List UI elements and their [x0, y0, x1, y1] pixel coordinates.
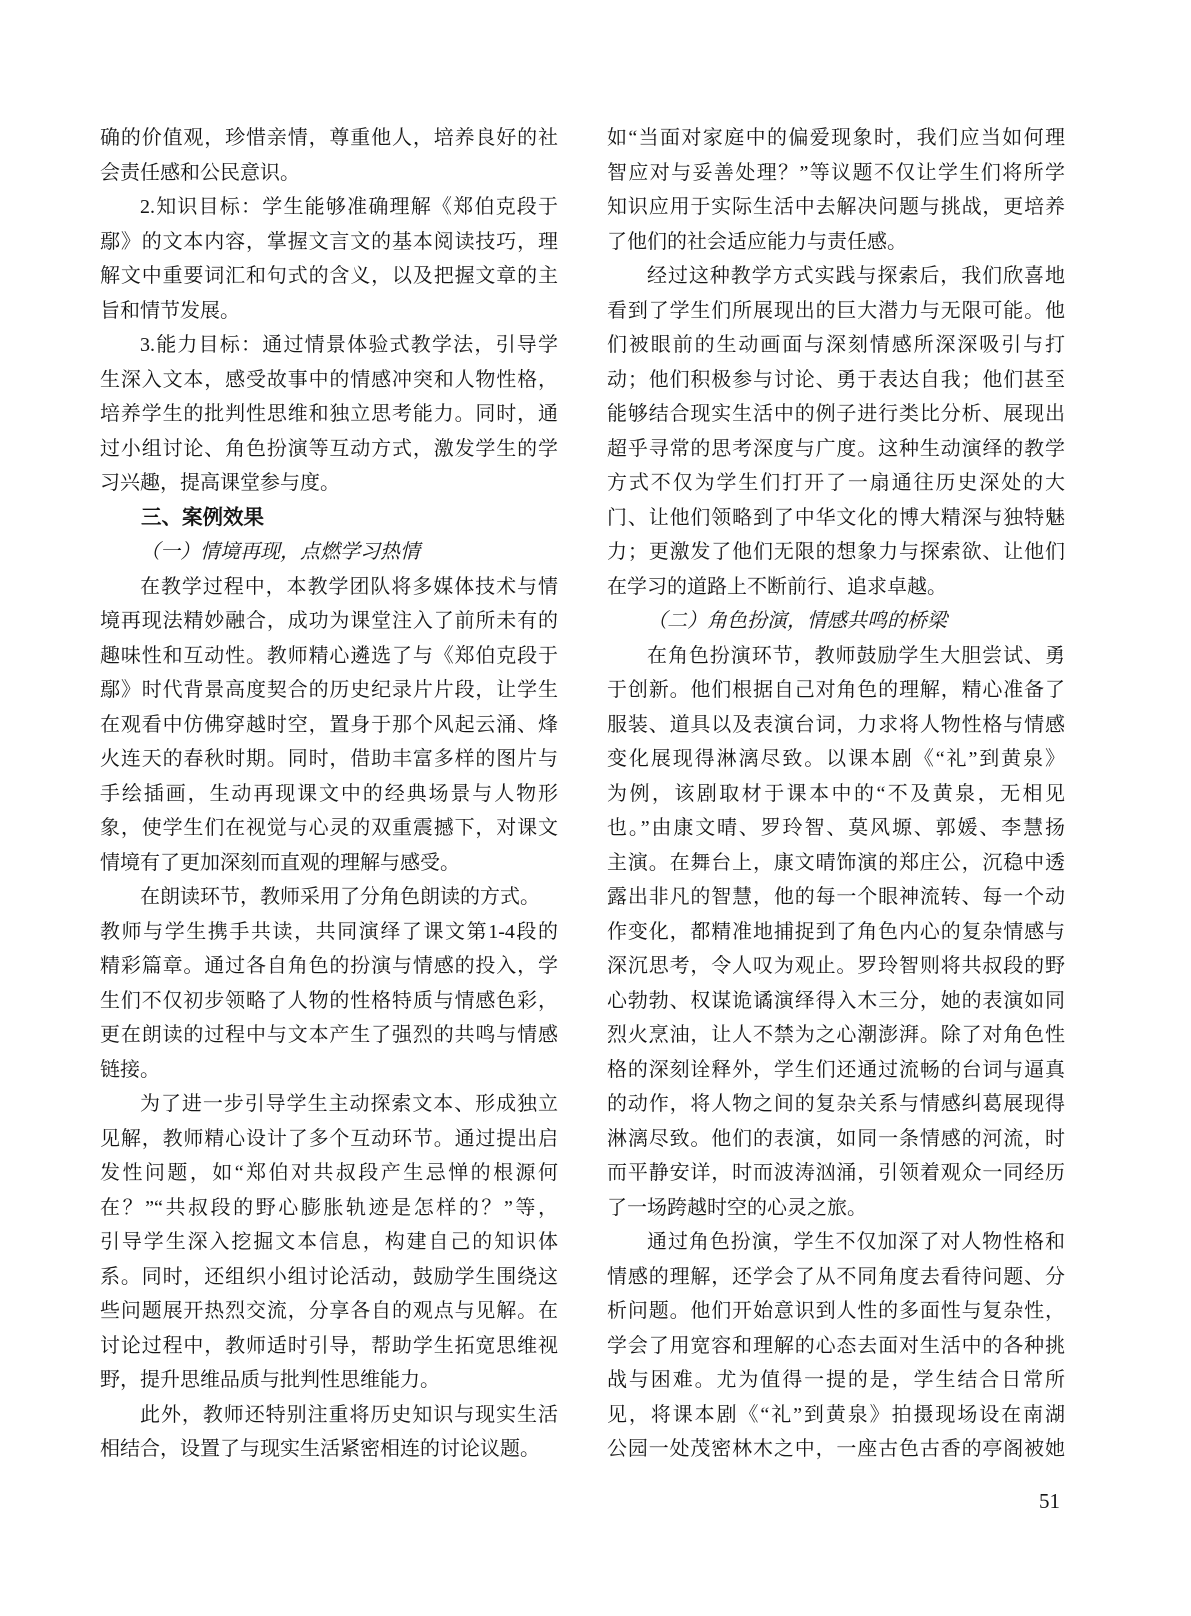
text-line: 在角色扮演环节，教师鼓励学生大胆尝试、勇 [607, 639, 1065, 674]
text-line: 看到了学生们所展现出的巨大潜力与无限可能。他 [607, 294, 1065, 329]
text-line: 淋漓尽致。他们的表演，如同一条情感的河流，时 [607, 1122, 1065, 1157]
text-line: 而平静安详，时而波涛汹涌，引领着观众一同经历 [607, 1156, 1065, 1191]
text-line: 生深入文本，感受故事中的情感冲突和人物性格， [100, 363, 558, 398]
text-line: 主演。在舞台上，康文晴饰演的郑庄公，沉稳中透 [607, 846, 1065, 881]
text-line: 露出非凡的智慧，他的每一个眼神流转、每一个动 [607, 880, 1065, 915]
text-line: 门、让他们领略到了中华文化的博大精深与独特魅 [607, 501, 1065, 536]
text-line: 引导学生深入挖掘文本信息，构建自己的知识体 [100, 1225, 558, 1260]
text-line: 些问题展开热烈交流，分享各自的观点与见解。在 [100, 1294, 558, 1329]
document-page: 确的价值观，珍惜亲情，尊重他人，培养良好的社会责任感和公民意识。2.知识目标：学… [0, 0, 1191, 1616]
right-text-column: 如“当面对家庭中的偏爱现象时，我们应当如何理智应对与妥善处理？”等议题不仅让学生… [607, 121, 1065, 1467]
text-line: 作变化，都精准地捕捉到了角色内心的复杂情感与 [607, 915, 1065, 950]
text-line: 为了进一步引导学生主动探索文本、形成独立 [100, 1087, 558, 1122]
text-line: 火连天的春秋时期。同时，借助丰富多样的图片与 [100, 742, 558, 777]
text-line: 见，将课本剧《“礼”到黄泉》拍摄现场设在南湖 [607, 1398, 1065, 1433]
text-line: 们被眼前的生动画面与深刻情感所深深吸引与打 [607, 328, 1065, 363]
text-line: 服装、道具以及表演台词，力求将人物性格与情感 [607, 708, 1065, 743]
text-line: 链接。 [100, 1053, 558, 1088]
text-line: 烈火烹油，让人不禁为之心潮澎湃。除了对角色性 [607, 1018, 1065, 1053]
text-line: 情境有了更加深刻而直观的理解与感受。 [100, 846, 558, 881]
text-line: 系。同时，还组织小组讨论活动，鼓励学生围绕这 [100, 1260, 558, 1295]
text-line: 会责任感和公民意识。 [100, 156, 558, 191]
section-heading: 三、案例效果 [100, 501, 558, 536]
text-line: 变化展现得淋漓尽致。以课本剧《“礼”到黄泉》 [607, 742, 1065, 777]
text-line: 确的价值观，珍惜亲情，尊重他人，培养良好的社 [100, 121, 558, 156]
text-line: 见解，教师精心设计了多个互动环节。通过提出启 [100, 1122, 558, 1157]
text-line: 在学习的道路上不断前行、追求卓越。 [607, 570, 1065, 605]
text-line: 能够结合现实生活中的例子进行类比分析、展现出 [607, 397, 1065, 432]
text-line: 趣味性和互动性。教师精心遴选了与《郑伯克段于 [100, 639, 558, 674]
text-line: 习兴趣，提高课堂参与度。 [100, 466, 558, 501]
left-text-column: 确的价值观，珍惜亲情，尊重他人，培养良好的社会责任感和公民意识。2.知识目标：学… [100, 121, 558, 1467]
text-line: 旨和情节发展。 [100, 294, 558, 329]
text-line: 于创新。他们根据自己对角色的理解，精心准备了 [607, 673, 1065, 708]
text-line: 2.知识目标：学生能够准确理解《郑伯克段于 [100, 190, 558, 225]
text-line: 相结合，设置了与现实生活紧密相连的讨论议题。 [100, 1432, 558, 1467]
text-line: 为例，该剧取材于课本中的“不及黄泉，无相见 [607, 777, 1065, 812]
text-line: 方式不仅为学生们打开了一扇通往历史深处的大 [607, 466, 1065, 501]
text-line: 在朗读环节，教师采用了分角色朗读的方式。 [100, 880, 558, 915]
text-line: 公园一处茂密林木之中，一座古色古香的亭阁被她 [607, 1432, 1065, 1467]
text-line: 在教学过程中，本教学团队将多媒体技术与情 [100, 570, 558, 605]
text-line: 培养学生的批判性思维和独立思考能力。同时，通 [100, 397, 558, 432]
text-line: 3.能力目标：通过情景体验式教学法，引导学 [100, 328, 558, 363]
text-line: 解文中重要词汇和句式的含义，以及把握文章的主 [100, 259, 558, 294]
text-line: 讨论过程中，教师适时引导，帮助学生拓宽思维视 [100, 1329, 558, 1364]
text-line: 野，提升思维品质与批判性思维能力。 [100, 1363, 558, 1398]
text-line: 经过这种教学方式实践与探索后，我们欣喜地 [607, 259, 1065, 294]
text-line: 通过角色扮演，学生不仅加深了对人物性格和 [607, 1225, 1065, 1260]
text-line: 象，使学生们在视觉与心灵的双重震撼下，对课文 [100, 811, 558, 846]
text-line: 境再现法精妙融合，成功为课堂注入了前所未有的 [100, 604, 558, 639]
text-line: 过小组讨论、角色扮演等互动方式，激发学生的学 [100, 432, 558, 467]
text-line: 也。”由康文晴、罗玲智、莫风塬、郭媛、李慧扬 [607, 811, 1065, 846]
text-line: 此外，教师还特别注重将历史知识与现实生活 [100, 1398, 558, 1433]
text-line: 精彩篇章。通过各自角色的扮演与情感的投入，学 [100, 949, 558, 984]
text-line: 力；更激发了他们无限的想象力与探索欲、让他们 [607, 535, 1065, 570]
text-line: 动；他们积极参与讨论、勇于表达自我；他们甚至 [607, 363, 1065, 398]
text-line: 更在朗读的过程中与文本产生了强烈的共鸣与情感 [100, 1018, 558, 1053]
text-line: 在观看中仿佛穿越时空，置身于那个风起云涌、烽 [100, 708, 558, 743]
text-line: 发性问题，如“郑伯对共叔段产生忌惮的根源何 [100, 1156, 558, 1191]
text-line: 战与困难。尤为值得一提的是，学生结合日常所 [607, 1363, 1065, 1398]
text-line: 鄢》时代背景高度契合的历史纪录片片段，让学生 [100, 673, 558, 708]
text-line: 鄢》的文本内容，掌握文言文的基本阅读技巧，理 [100, 225, 558, 260]
text-line: 知识应用于实际生活中去解决问题与挑战，更培养 [607, 190, 1065, 225]
subsection-heading: （一）情境再现，点燃学习热情 [100, 535, 558, 570]
text-line: 深沉思考，令人叹为观止。罗玲智则将共叔段的野 [607, 949, 1065, 984]
text-line: 教师与学生携手共读，共同演绎了课文第1-4段的 [100, 915, 558, 950]
text-line: 智应对与妥善处理？”等议题不仅让学生们将所学 [607, 156, 1065, 191]
text-line: 了他们的社会适应能力与责任感。 [607, 225, 1065, 260]
text-line: 在？”“共叔段的野心膨胀轨迹是怎样的？”等， [100, 1191, 558, 1226]
text-line: 格的深刻诠释外，学生们还通过流畅的台词与逼真 [607, 1053, 1065, 1088]
text-line: 手绘插画，生动再现课文中的经典场景与人物形 [100, 777, 558, 812]
text-line: 超乎寻常的思考深度与广度。这种生动演绎的教学 [607, 432, 1065, 467]
text-line: 的动作，将人物之间的复杂关系与情感纠葛展现得 [607, 1087, 1065, 1122]
text-line: 学会了用宽容和理解的心态去面对生活中的各种挑 [607, 1329, 1065, 1364]
text-line: 心勃勃、权谋诡谲演绎得入木三分，她的表演如同 [607, 984, 1065, 1019]
text-line: 析问题。他们开始意识到人性的多面性与复杂性， [607, 1294, 1065, 1329]
text-line: 如“当面对家庭中的偏爱现象时，我们应当如何理 [607, 121, 1065, 156]
page-number: 51 [1039, 1486, 1060, 1516]
text-line: 了一场跨越时空的心灵之旅。 [607, 1191, 1065, 1226]
text-line: 情感的理解，还学会了从不同角度去看待问题、分 [607, 1260, 1065, 1295]
subsection-heading: （二）角色扮演，情感共鸣的桥梁 [607, 604, 1065, 639]
text-line: 生们不仅初步领略了人物的性格特质与情感色彩， [100, 984, 558, 1019]
